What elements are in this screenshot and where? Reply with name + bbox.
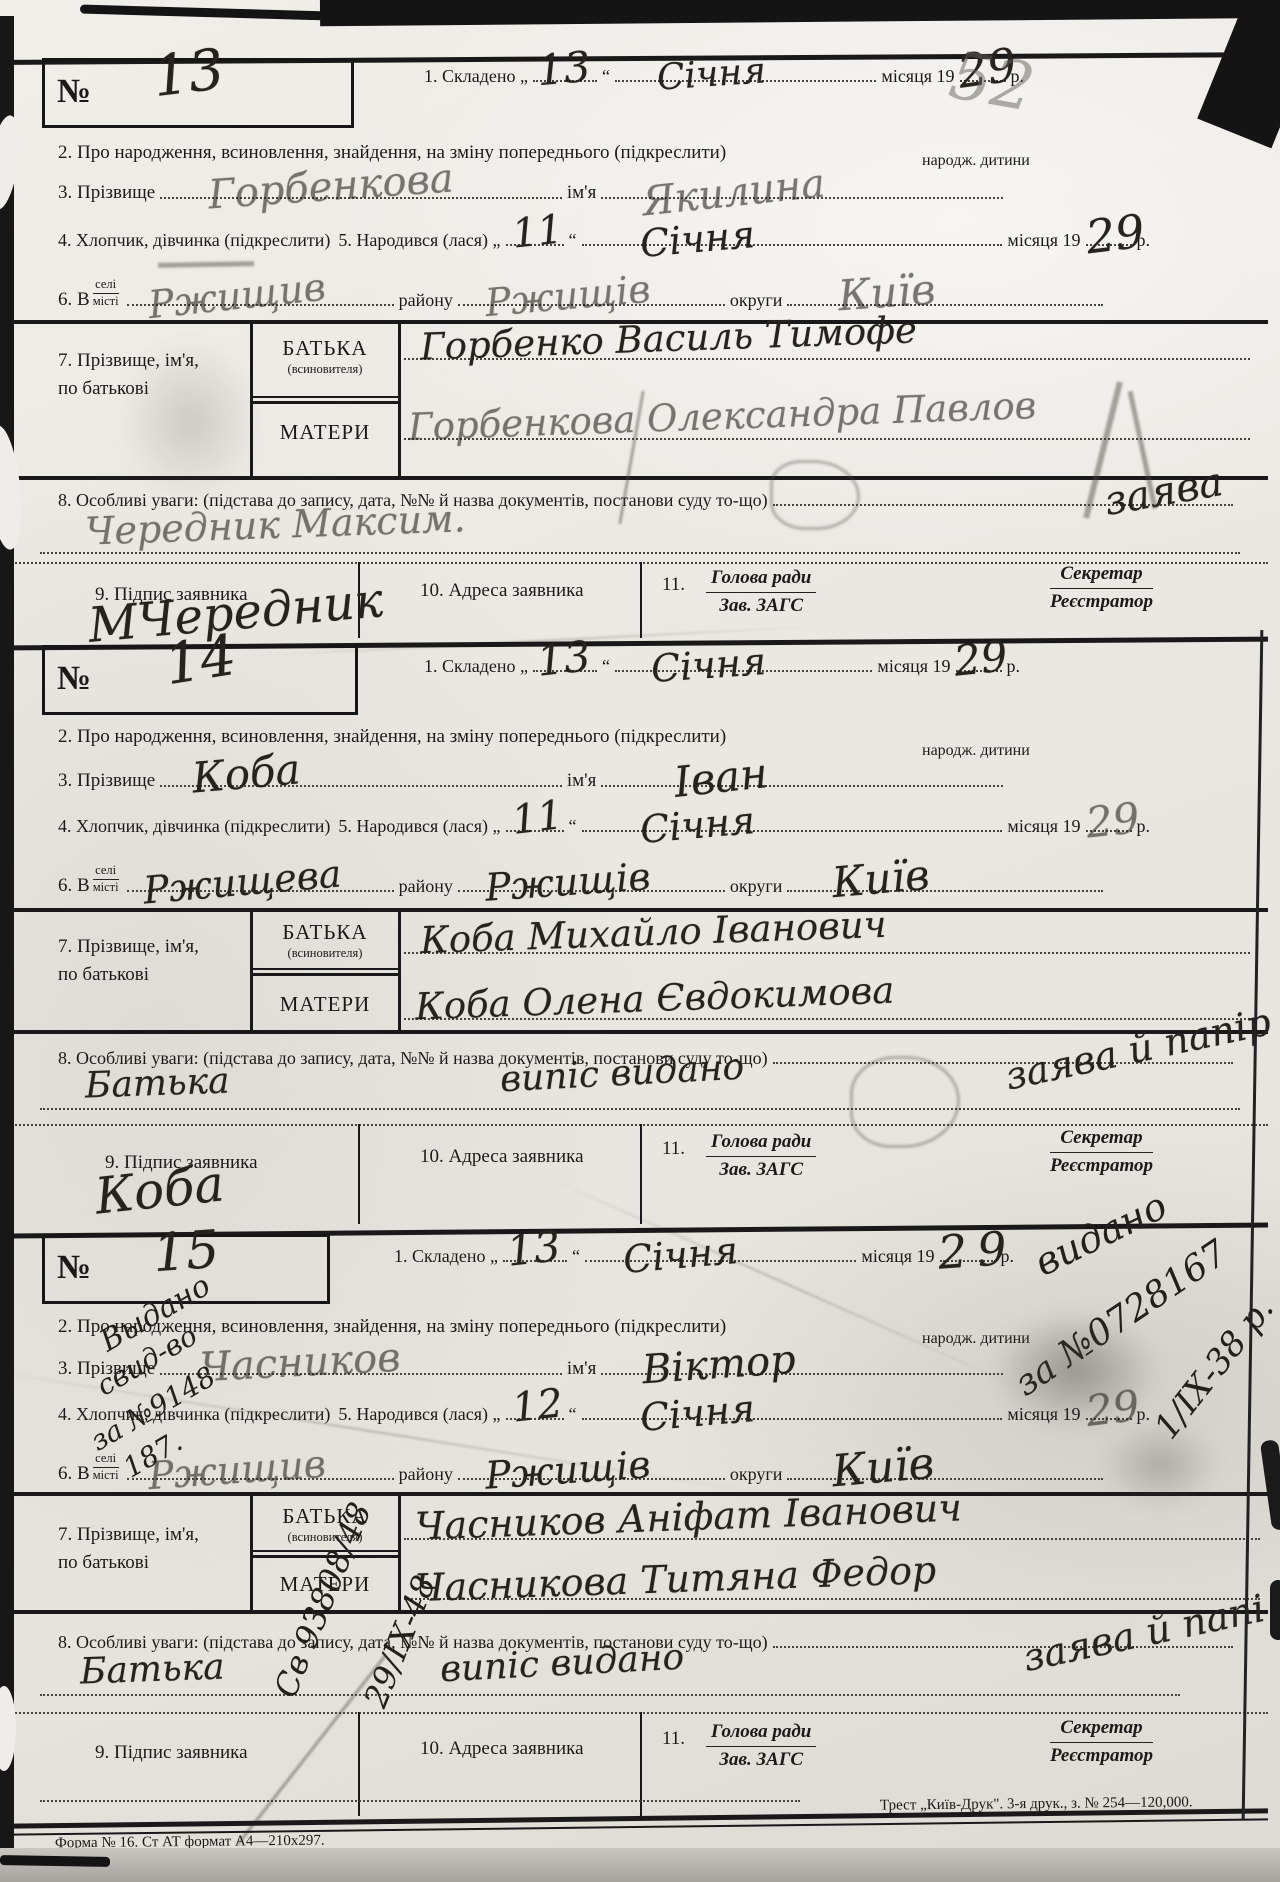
- scan-edge-blot: [1270, 1580, 1280, 1640]
- scan-edge-bottom: [0, 1848, 1280, 1882]
- address-label: 10. Адреса заявника: [420, 1738, 584, 1760]
- district-label: району: [399, 1464, 453, 1485]
- section-rule: [12, 1492, 1268, 1496]
- fill-line: Віктор: [601, 1373, 1003, 1375]
- chairman-fraction: Голова радиЗав. ЗАГС: [706, 1720, 816, 1772]
- chairman-label: Голова ради: [706, 1720, 816, 1747]
- fill-line: Київ: [787, 1478, 1103, 1480]
- remark-left-entry: Батька: [79, 1651, 225, 1688]
- record-number-entry: 15: [151, 1227, 220, 1278]
- remark-inline-entry: заява й папі: [1020, 1590, 1267, 1675]
- birth-day-entry: 12: [510, 1385, 564, 1426]
- fill-line: [40, 1694, 1180, 1696]
- okruga-label: округи: [730, 1464, 783, 1485]
- month-label: місяця 19: [861, 1246, 934, 1267]
- composed-label: 1. Складено „: [394, 1246, 498, 1267]
- place-row: 6. В селімісті Ржищив району Ржищів окру…: [58, 1452, 1108, 1485]
- fill-line: Ржищів: [458, 1478, 725, 1480]
- parents-label-line2: по батькові: [58, 1552, 149, 1574]
- remark-mid-entry: випіс видано: [439, 1642, 685, 1687]
- fill-line: 13: [503, 1260, 567, 1262]
- fill-line: Часников: [160, 1373, 562, 1375]
- stain: [120, 340, 260, 500]
- in-label: 6. В: [58, 1463, 90, 1485]
- fill-line: Січня: [582, 1418, 1003, 1420]
- fill-line: 12: [506, 1418, 564, 1420]
- number-sign: №: [57, 1249, 93, 1287]
- printer-footer: Трест „Київ-Друк". 3-я друк., з. № 254—1…: [880, 1794, 1193, 1814]
- father-entry: Часников Аніфат Іванович: [415, 1490, 963, 1543]
- pencil-stroke: [236, 1655, 386, 1846]
- chairman-number: 11.: [662, 1728, 685, 1750]
- record-15: № 15 1. Складено „ 13 “ Січня місяця 19 …: [0, 0, 1280, 1882]
- scan-edge-left: [0, 16, 14, 1882]
- fill-line: заява й папі: [773, 1646, 1233, 1648]
- name-label: ім'я: [567, 1358, 596, 1380]
- childname-entry: Віктор: [640, 1342, 796, 1389]
- registrar-label: Реєстратор: [1050, 1743, 1153, 1769]
- ink-smudge: [1100, 1420, 1220, 1510]
- quote-label: “: [572, 1246, 580, 1267]
- signature-label: 9. Підпис заявника: [95, 1742, 248, 1764]
- composed-row: 1. Складено „ 13 “ Січня місяця 19 29 р.: [394, 1246, 1014, 1267]
- issued-stamp-line1: видано: [1029, 1187, 1172, 1281]
- fill-line: 29: [940, 1260, 996, 1262]
- composed-day-entry: 13: [505, 1227, 562, 1270]
- birth-month-entry: Січня: [639, 1391, 757, 1435]
- birth-row: 4. Хлопчик, дівчинка (підкреслити) 5. На…: [58, 1404, 1150, 1425]
- district-entry: Ржищів: [484, 1448, 652, 1494]
- zags-label: Зав. ЗАГС: [706, 1747, 816, 1773]
- parents-label-line1: 7. Прізвище, ім'я,: [58, 1524, 199, 1546]
- secretary-fraction: СекретарРеєстратор: [1050, 1716, 1153, 1768]
- composed-year-entry: 29: [936, 1228, 1017, 1275]
- section-rule: [12, 1610, 1268, 1614]
- ink-smudge: [990, 1310, 1160, 1430]
- pencil-page-number: 52: [945, 45, 1038, 118]
- town-option: місті: [93, 1468, 119, 1483]
- born-label: 5. Народився (лася) „: [338, 1404, 500, 1425]
- fill-line: Ржищив: [127, 1478, 394, 1480]
- scan-edge-bottom-streak: [0, 1855, 110, 1867]
- quote-label: “: [569, 1404, 577, 1425]
- scanned-registry-page: № 13 1. Складено „ 13 “ Січня місяця 19 …: [0, 0, 1280, 1882]
- okruga-entry: Київ: [830, 1444, 935, 1492]
- fill-line: Січня: [585, 1260, 856, 1262]
- secretary-label: Секретар: [1050, 1716, 1153, 1743]
- composed-month-entry: Січня: [622, 1233, 740, 1277]
- fill-line: [40, 1800, 800, 1802]
- surname-entry: Часников: [200, 1340, 402, 1386]
- village-town-fraction: селімісті: [93, 1452, 119, 1483]
- father-cell-label: БАТЬКА: [251, 1504, 399, 1529]
